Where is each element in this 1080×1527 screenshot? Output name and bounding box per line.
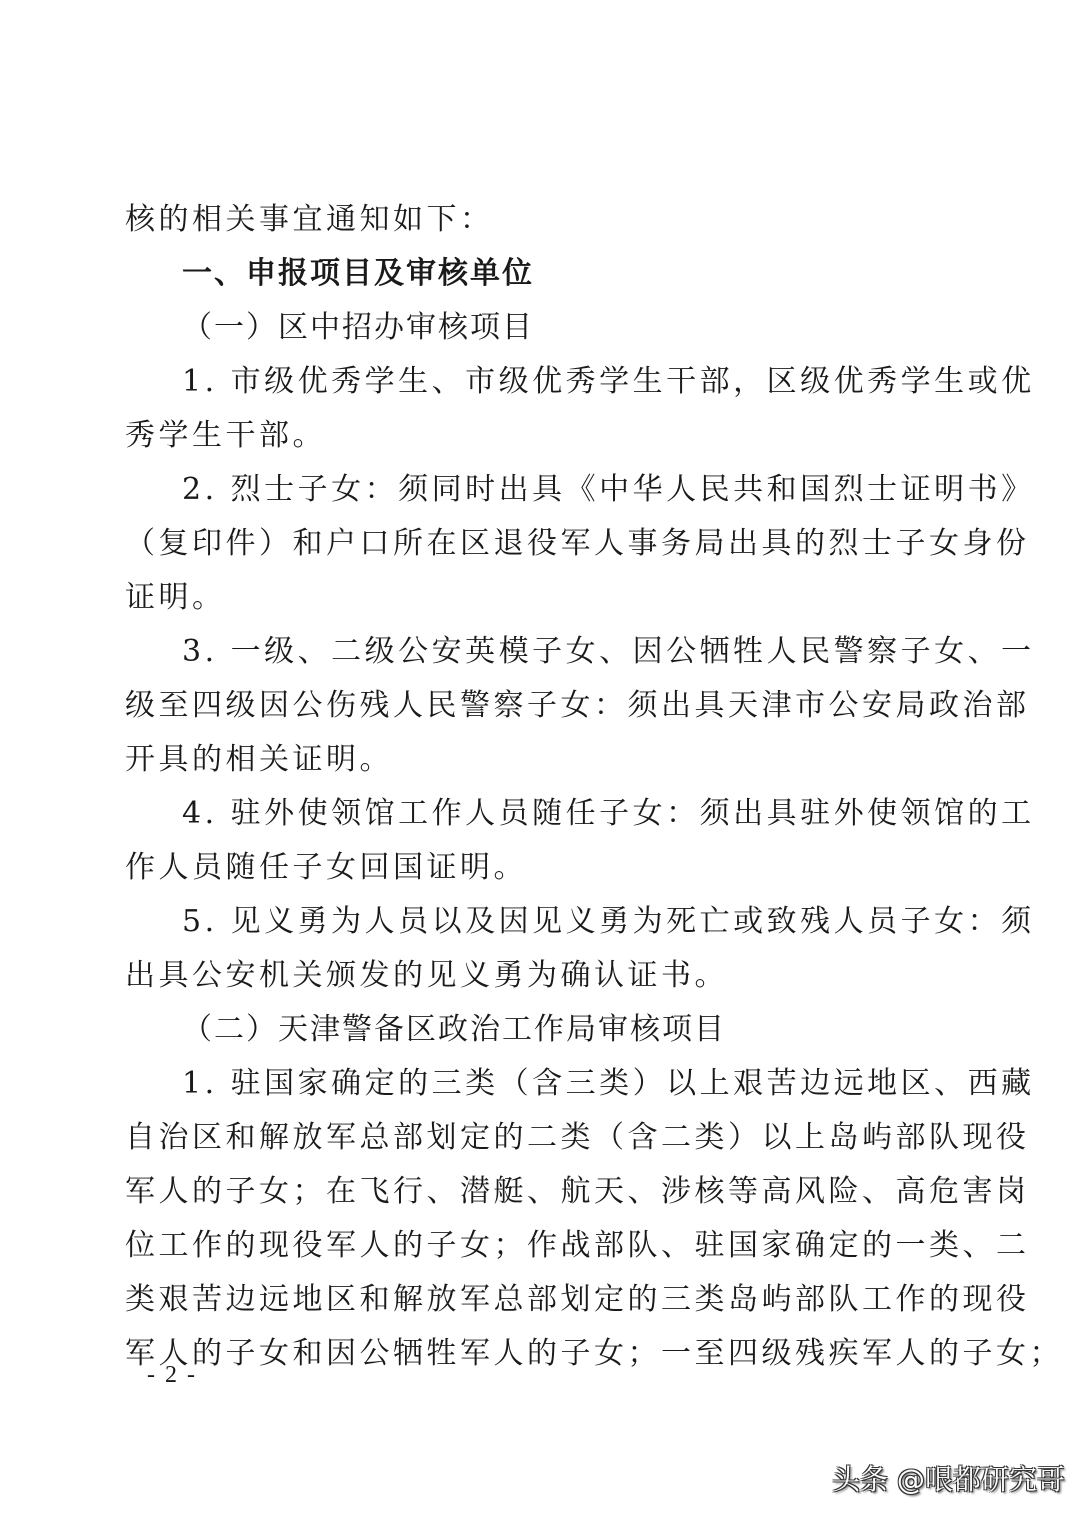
item-line: 5. 见义勇为人员以及因见义勇为死亡或致残人员子女：须 bbox=[182, 902, 972, 942]
page-number: - 2 - bbox=[147, 1362, 197, 1389]
body-line: 军人的子女；在飞行、潜艇、航天、涉核等高风险、高危害岗 bbox=[125, 1172, 915, 1212]
document-page: 核的相关事宜通知如下： 一、申报项目及审核单位 （一）区中招办审核项目 1. 市… bbox=[0, 0, 1080, 1527]
body-line: 类艰苦边远地区和解放军总部划定的三类岛屿部队工作的现役 bbox=[125, 1280, 915, 1320]
item-line: 1. 驻国家确定的三类（含三类）以上艰苦边远地区、西藏 bbox=[182, 1064, 972, 1104]
body-line: 核的相关事宜通知如下： bbox=[125, 200, 915, 240]
item-line: 2. 烈士子女：须同时出具《中华人民共和国烈士证明书》 bbox=[182, 470, 972, 510]
body-line: 证明。 bbox=[125, 578, 915, 618]
body-line: （复印件）和户口所在区退役军人事务局出具的烈士子女身份 bbox=[125, 524, 915, 564]
subsection-heading: （二）天津警备区政治工作局审核项目 bbox=[182, 1010, 972, 1050]
body-line: 军人的子女和因公牺牲军人的子女；一至四级残疾军人的子女； bbox=[125, 1334, 915, 1374]
body-line: 位工作的现役军人的子女；作战部队、驻国家确定的一类、二 bbox=[125, 1226, 915, 1266]
body-line: 出具公安机关颁发的见义勇为确认证书。 bbox=[125, 956, 915, 996]
watermark: 头条 @哏都研究哥 bbox=[832, 1458, 1065, 1498]
body-line: 开具的相关证明。 bbox=[125, 740, 915, 780]
item-line: 3. 一级、二级公安英模子女、因公牺牲人民警察子女、一 bbox=[182, 632, 972, 672]
subsection-heading: （一）区中招办审核项目 bbox=[182, 308, 972, 348]
section-heading: 一、申报项目及审核单位 bbox=[182, 254, 972, 294]
body-line: 秀学生干部。 bbox=[125, 416, 915, 456]
item-line: 1. 市级优秀学生、市级优秀学生干部，区级优秀学生或优 bbox=[182, 362, 972, 402]
item-line: 4. 驻外使领馆工作人员随任子女：须出具驻外使领馆的工 bbox=[182, 794, 972, 834]
body-line: 自治区和解放军总部划定的二类（含二类）以上岛屿部队现役 bbox=[125, 1118, 915, 1158]
body-line: 作人员随任子女回国证明。 bbox=[125, 848, 915, 888]
body-line: 级至四级因公伤残人民警察子女：须出具天津市公安局政治部 bbox=[125, 686, 915, 726]
